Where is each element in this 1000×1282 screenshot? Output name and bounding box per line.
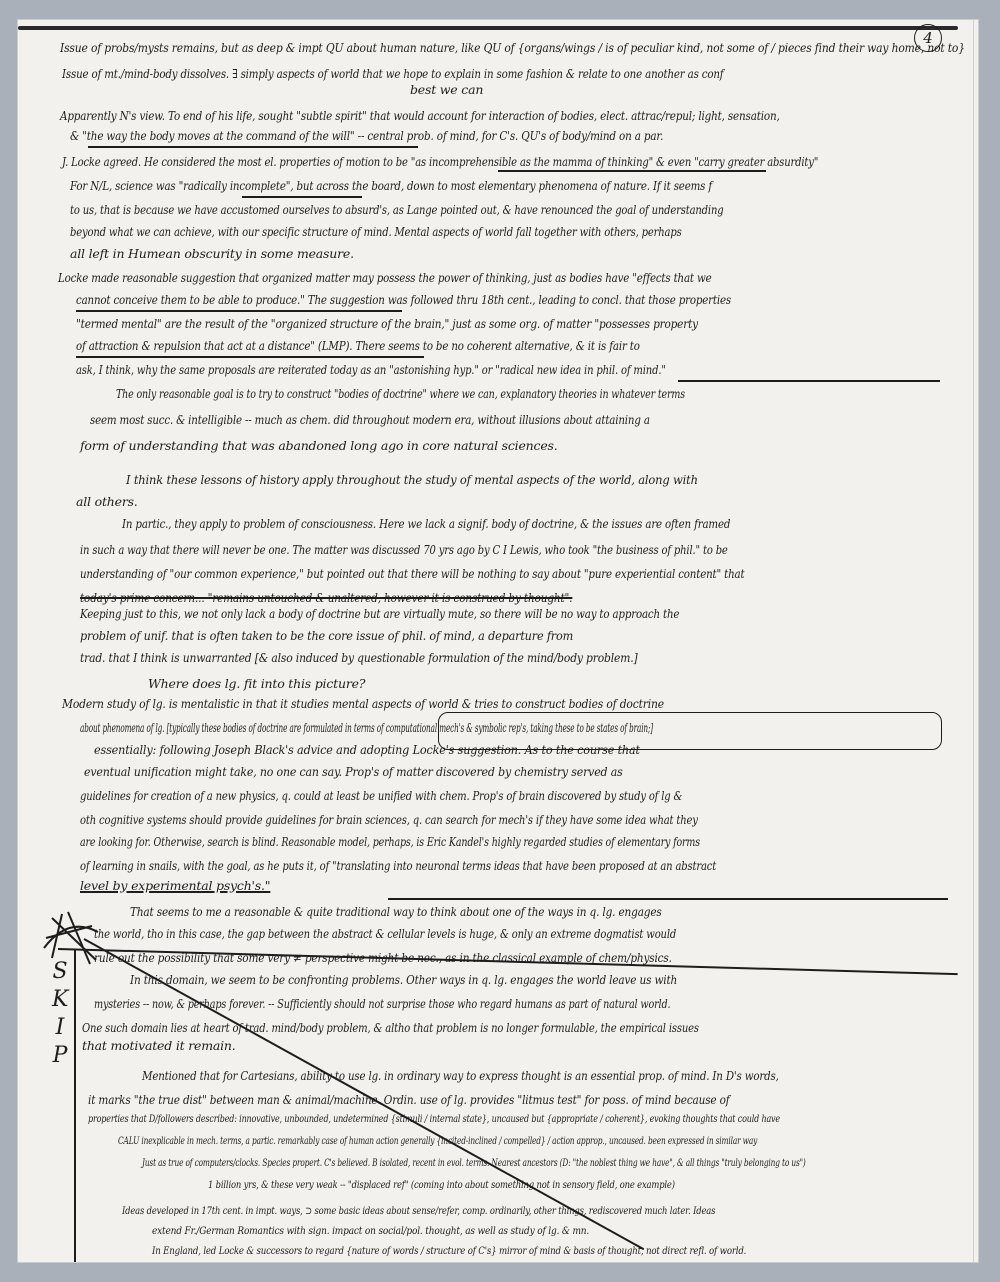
text-line: Where does lg. fit into this picture? xyxy=(148,676,365,691)
text-line: CALU inexplicable in mech. terms, a part… xyxy=(118,1136,757,1147)
text-line: Issue of mt./mind-body dissolves. ∃ simp… xyxy=(62,66,723,81)
text-line: in such a way that there will never be o… xyxy=(80,542,728,557)
underline-mark xyxy=(88,146,418,148)
text-line: are looking for. Otherwise, search is bl… xyxy=(80,834,700,849)
skip-margin-mark: SKIP xyxy=(52,958,68,1070)
text-line: 1 billion yrs, & these very weak -- "dis… xyxy=(208,1180,675,1191)
text-line: form of understanding that was abandoned… xyxy=(80,438,558,453)
text-line: Locke made reasonable suggestion that or… xyxy=(58,270,711,285)
text-line: That seems to me a reasonable & quite tr… xyxy=(130,904,662,919)
text-line: "termed mental" are the result of the "o… xyxy=(76,316,698,331)
text-line: Just as true of computers/clocks. Specie… xyxy=(142,1158,806,1169)
text-line: cannot conceive them to be able to produ… xyxy=(76,292,731,307)
text-line: oth cognitive systems should provide gui… xyxy=(80,812,698,827)
text-line: properties that D/followers described: i… xyxy=(88,1114,780,1125)
text-line: Ideas developed in 17th cent. in impt. w… xyxy=(122,1206,715,1217)
underline-mark xyxy=(498,170,766,172)
text-line: that motivated it remain. xyxy=(82,1038,236,1053)
text-line: Apparently N's view. To end of his life,… xyxy=(60,108,780,123)
underline-mark xyxy=(242,196,362,198)
text-line: seem most succ. & intelligible -- much a… xyxy=(90,412,650,427)
text-line: Issue of probs/mysts remains, but as dee… xyxy=(60,40,965,55)
text-line: it marks "the true dist" between man & a… xyxy=(88,1092,730,1107)
text-line: understanding of "our common experience,… xyxy=(80,566,744,581)
text-line: In this domain, we seem to be confrontin… xyxy=(130,972,677,987)
text-line: to us, that is because we have accustome… xyxy=(70,202,723,217)
underline-mark xyxy=(76,310,402,312)
underline-mark xyxy=(76,356,424,358)
underlined-text-line: level by experimental psych's." xyxy=(80,878,270,893)
text-line: Mentioned that for Cartesians, ability t… xyxy=(142,1068,779,1083)
text-line: trad. that I think is unwarranted [& als… xyxy=(80,650,637,665)
struck-text-line: today's prime concern... "remains untouc… xyxy=(80,590,572,605)
text-line: In England, led Locke & successors to re… xyxy=(152,1246,746,1257)
text-line: of attraction & repulsion that act at a … xyxy=(76,338,640,353)
top-border-rule xyxy=(18,26,958,30)
scribble-x-icon xyxy=(38,908,108,968)
text-line: the world, tho in this case, the gap bet… xyxy=(94,926,676,941)
text-line: eventual unification might take, no one … xyxy=(84,764,623,779)
text-line: & "the way the body moves at the command… xyxy=(70,128,663,143)
text-line: guidelines for creation of a new physics… xyxy=(80,788,682,803)
underline-mark xyxy=(388,898,948,900)
text-line: Modern study of lg. is mentalistic in th… xyxy=(62,696,664,711)
text-line: One such domain lies at heart of trad. m… xyxy=(82,1020,699,1035)
text-line: of learning in snails, with the goal, as… xyxy=(80,858,716,873)
text-line: beyond what we can achieve, with our spe… xyxy=(70,224,682,239)
text-line: best we can xyxy=(410,82,483,97)
margin-vertical-line xyxy=(74,950,76,1262)
manuscript-page: 4 Issue of probs/mysts remains, but as d… xyxy=(18,20,978,1262)
text-line: all left in Humean obscurity in some mea… xyxy=(70,246,354,261)
text-line: mysteries -- now, & perhaps forever. -- … xyxy=(94,996,670,1011)
underline-mark xyxy=(678,380,940,382)
text-line: In partic., they apply to problem of con… xyxy=(122,516,730,531)
text-line: For N/L, science was "radically incomple… xyxy=(70,178,712,193)
text-line: J. Locke agreed. He considered the most … xyxy=(62,154,818,169)
text-line: I think these lessons of history apply t… xyxy=(126,472,698,487)
text-line: all others. xyxy=(76,494,138,509)
text-line: extend Fr./German Romantics with sign. i… xyxy=(152,1226,589,1237)
page-edge xyxy=(973,20,974,1262)
text-line: essentially: following Joseph Black's ad… xyxy=(94,742,640,757)
text-line: ask, I think, why the same proposals are… xyxy=(76,362,666,377)
text-line: The only reasonable goal is to try to co… xyxy=(116,386,685,401)
text-line: problem of unif. that is often taken to … xyxy=(80,628,573,643)
text-line: Keeping just to this, we not only lack a… xyxy=(80,606,679,621)
